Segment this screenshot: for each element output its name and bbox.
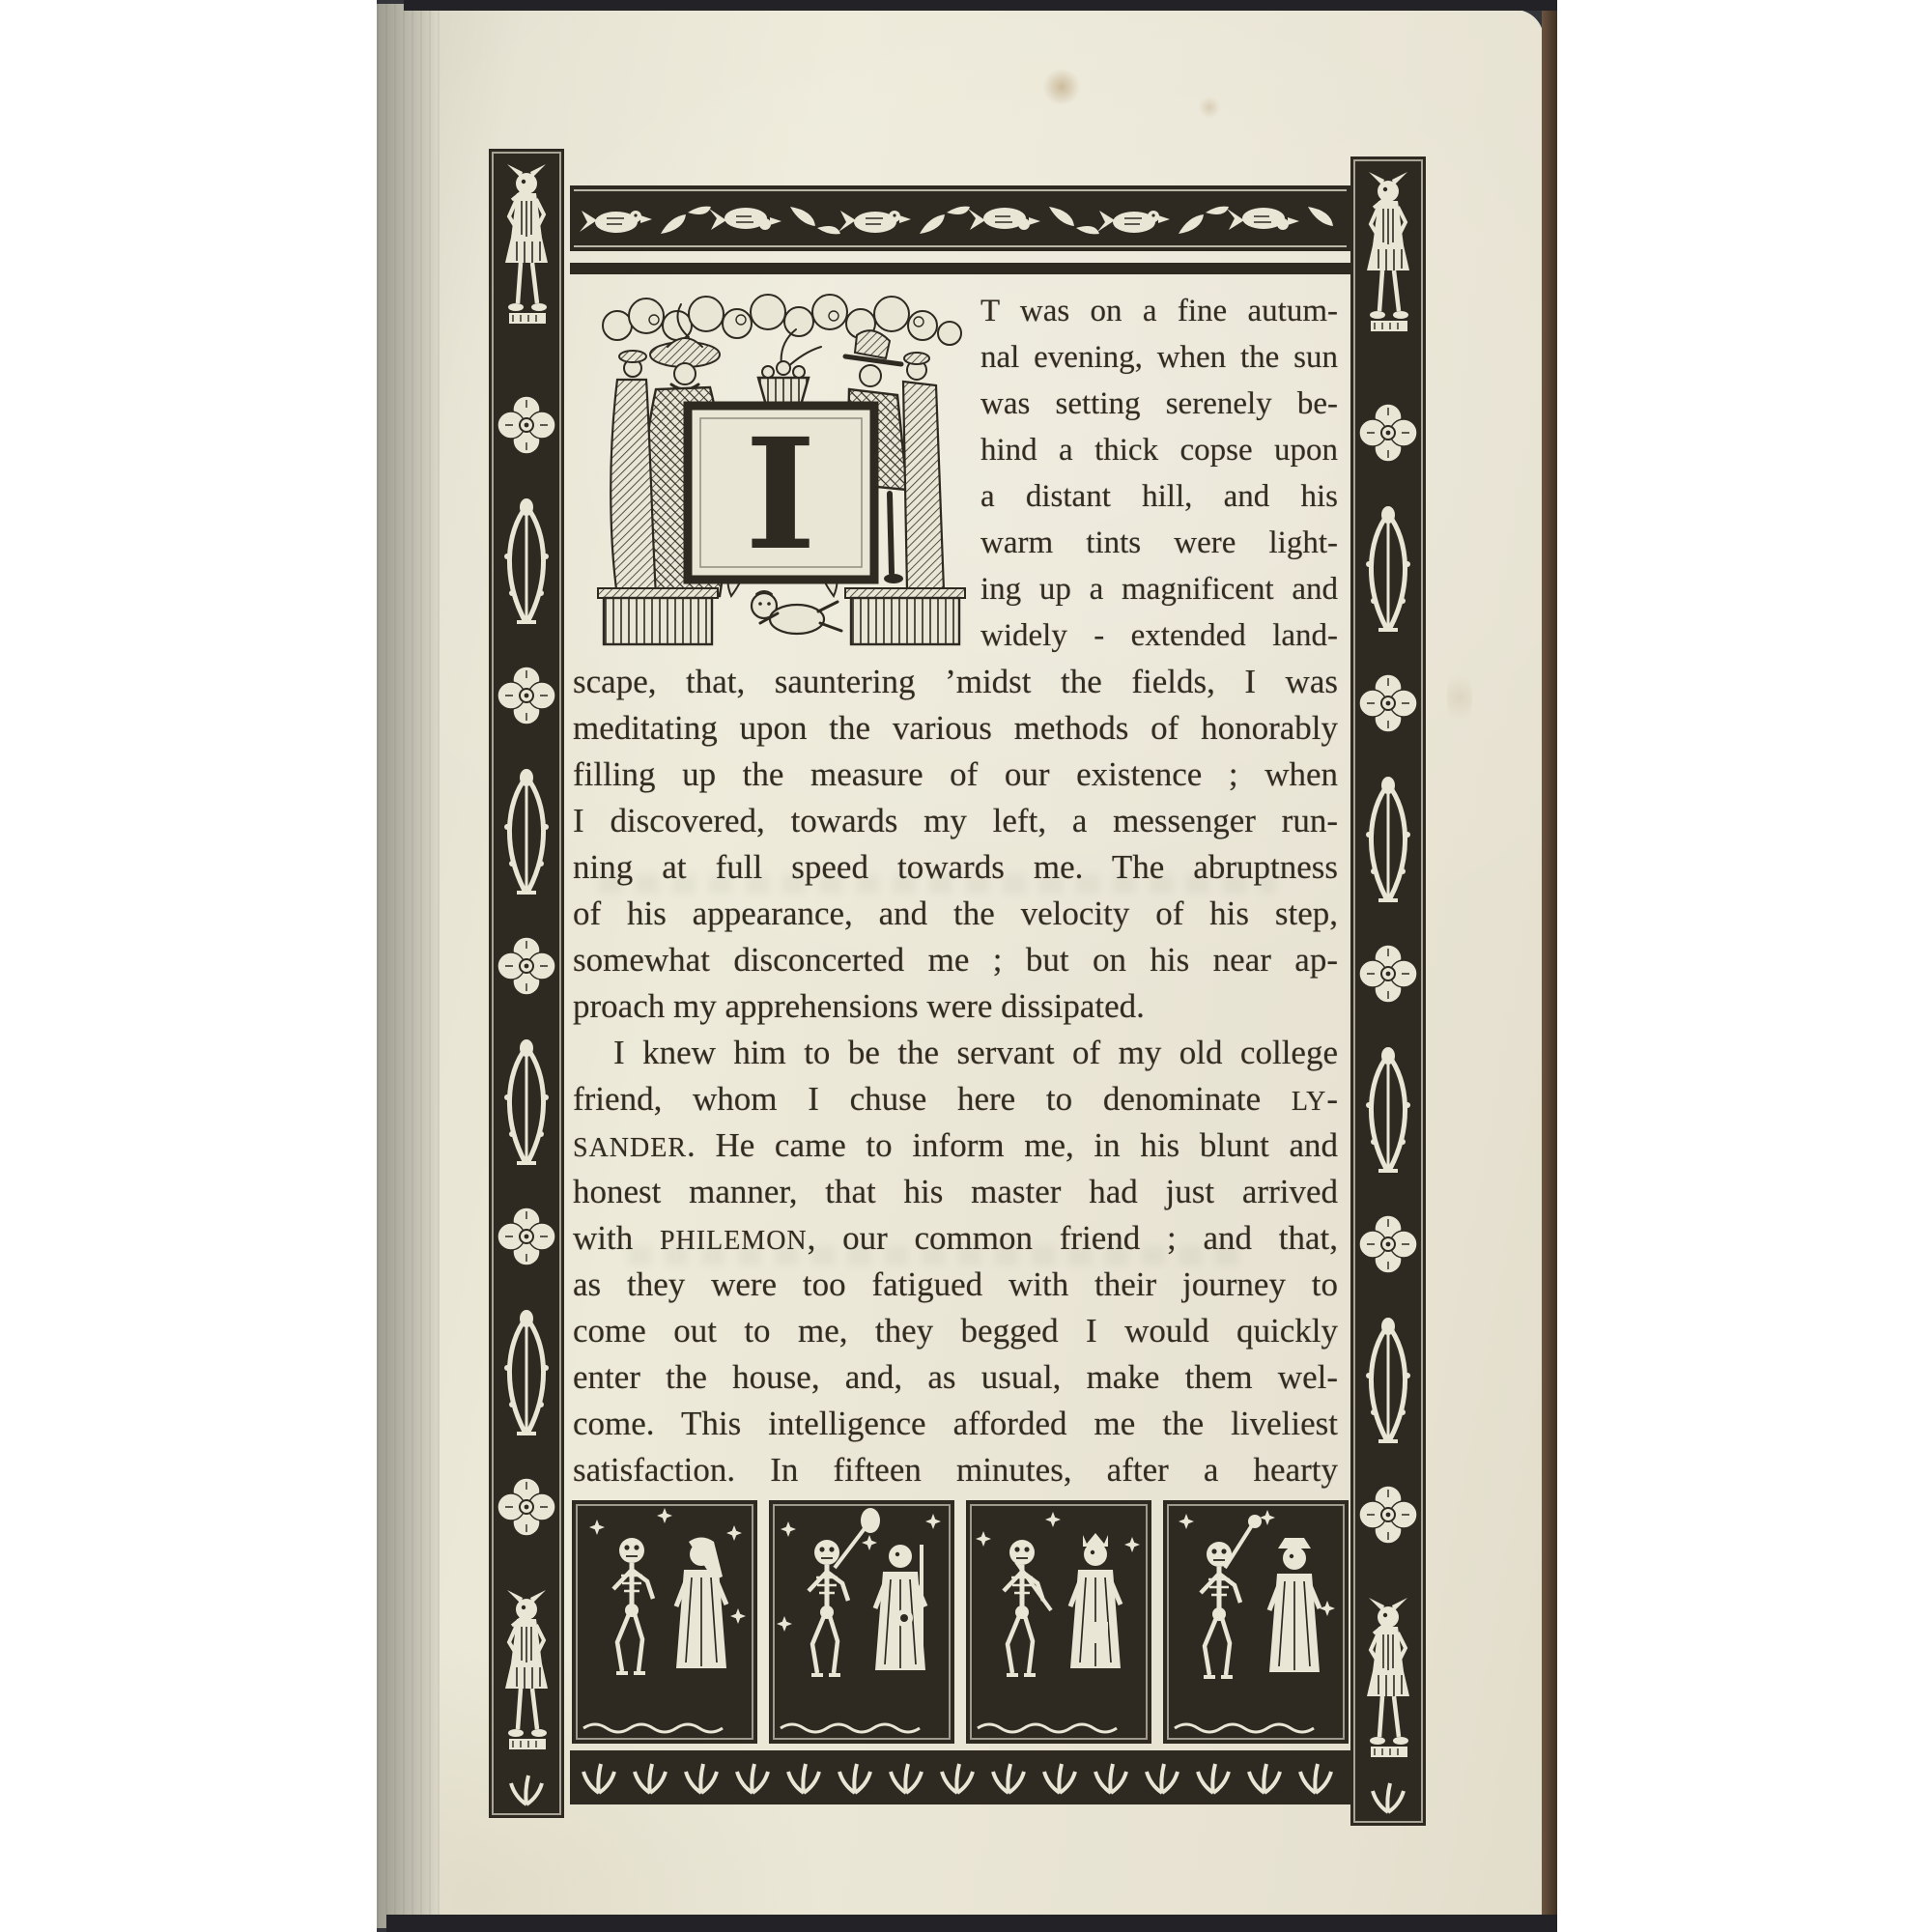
text-line: honest manner, that his master had just … [573, 1169, 1338, 1215]
text-line: was setting serenely be- [980, 381, 1338, 427]
text-line: as they were too fatigued with their jou… [573, 1262, 1338, 1308]
text-line: come. This intelligence afforded me the … [573, 1401, 1338, 1447]
text-line: filling up the measure of our existence … [573, 752, 1338, 798]
text-line: hind a thick copse upon [980, 427, 1338, 473]
text-line: warm tints were light- [980, 520, 1338, 566]
text-line: ning at full speed towards me. The abrup… [573, 844, 1338, 891]
text-line: ing up a magnificent and [980, 566, 1338, 612]
text-line: enter the house, and, as usual, make the… [573, 1354, 1338, 1401]
body-text: scape, that, sauntering ’midst the field… [573, 659, 1338, 1030]
text-line: meditating upon the various methods of h… [573, 705, 1338, 752]
text-line: friend, whom I chuse here to denominate … [573, 1076, 1338, 1122]
text-line: a distant hill, and his [980, 473, 1338, 520]
text-line: proach my apprehensions were dissipated. [573, 983, 1338, 1030]
text-line: I knew him to be the servant of my old c… [573, 1030, 1338, 1076]
second-paragraph: I knew him to be the servant of my old c… [573, 1030, 1338, 1493]
book-cover-edge [1542, 6, 1557, 1920]
screenshot: I T was on a fine autum-nal evening, whe… [0, 0, 1932, 1932]
text-line: nal evening, when the sun [980, 334, 1338, 381]
text-line: of his appearance, and the velocity of h… [573, 891, 1338, 937]
opening-text-column: T was on a fine autum-nal evening, when … [980, 288, 1338, 659]
text-line: T was on a fine autum- [980, 288, 1338, 334]
text-line: with PHILEMON, our common friend ; and t… [573, 1215, 1338, 1262]
text-line: somewhat disconcerted me ; but on his ne… [573, 937, 1338, 983]
text-line: scape, that, sauntering ’midst the field… [573, 659, 1338, 705]
text-line: satisfaction. In fifteen minutes, after … [573, 1447, 1338, 1493]
text-line: SANDER. He came to inform me, in his blu… [573, 1122, 1338, 1169]
backdrop-bottom-bar [386, 1915, 1557, 1932]
backdrop-top-bar [404, 0, 1557, 11]
text-line: widely - extended land- [980, 612, 1338, 659]
text-line: I discovered, towards my left, a messeng… [573, 798, 1338, 844]
text-line: come out to me, they begged I would quic… [573, 1308, 1338, 1354]
